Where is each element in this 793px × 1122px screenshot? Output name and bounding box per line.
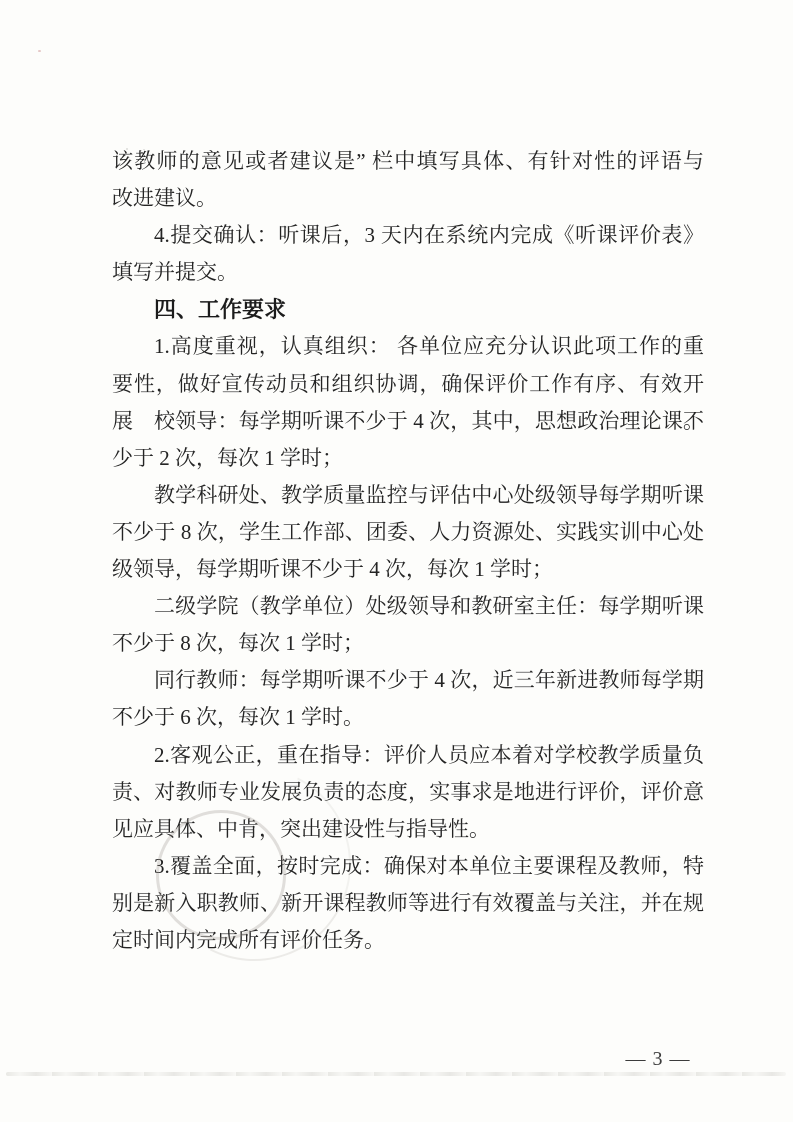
text-line: 2.客观公正，重在指导：评价人员应本着对学校教学质量负: [112, 737, 704, 774]
text-line: 改进建议。: [112, 180, 704, 217]
document-page: 该教师的意见或者建议是” 栏中填写具体、有针对性的评语与 改进建议。 4.提交确…: [0, 0, 793, 1122]
scan-streak-artifact: [6, 1072, 786, 1076]
text-line: 要性，做好宣传动员和组织协调，确保评价工作有序、有效开展。: [112, 366, 704, 403]
text-line: 不少于 8 次，学生工作部、团委、人力资源处、实践实训中心处: [112, 514, 704, 551]
text-line: 不少于 8 次，每次 1 学时；: [112, 625, 704, 662]
text-line: 级领导，每学期听课不少于 4 次，每次 1 学时；: [112, 551, 704, 588]
text-line: 教学科研处、教学质量监控与评估中心处级领导每学期听课: [112, 477, 704, 514]
text-line: 同行教师：每学期听课不少于 4 次，近三年新进教师每学期: [112, 662, 704, 699]
text-line: 该教师的意见或者建议是” 栏中填写具体、有针对性的评语与: [112, 143, 704, 180]
text-line: 填写并提交。: [112, 254, 704, 291]
section-heading-work-requirements: 四、工作要求: [112, 291, 704, 328]
text-line: 少于 2 次，每次 1 学时；: [112, 440, 704, 477]
scan-speck-artifact: [143, 149, 145, 150]
page-number: — 3 —: [616, 1048, 700, 1070]
text-line: 1.高度重视，认真组织： 各单位应充分认识此项工作的重: [112, 328, 704, 365]
text-line: 不少于 6 次，每次 1 学时。: [112, 699, 704, 736]
scan-speck-artifact: [126, 148, 128, 150]
text-line: 二级学院（教学单位）处级领导和教研室主任：每学期听课: [112, 588, 704, 625]
text-line: 4.提交确认：听课后，3 天内在系统内完成《听课评价表》: [112, 217, 704, 254]
scan-speck-artifact: [38, 50, 41, 52]
text-line: 校领导：每学期听课不少于 4 次，其中，思想政治理论课不: [112, 403, 704, 440]
